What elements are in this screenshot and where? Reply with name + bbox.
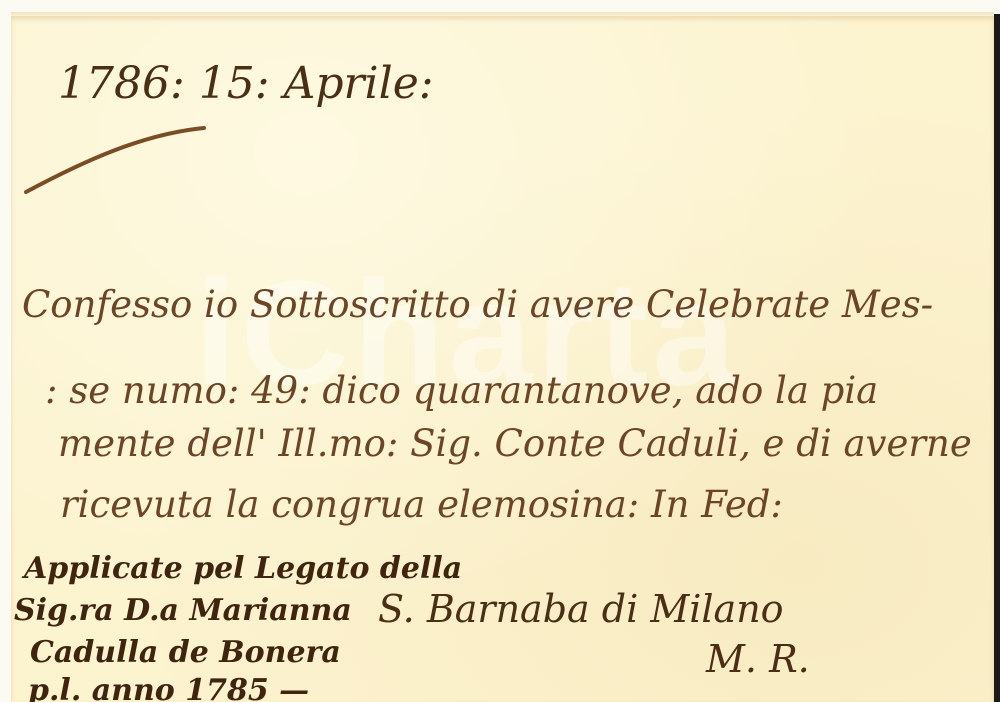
header-date: 1786: 15: Aprile: (58, 62, 434, 106)
marginal-note-line-2: Sig.ra D.a Marianna (14, 596, 352, 626)
marginal-note-line-4: p.l. anno 1785 — (28, 676, 309, 702)
signature-line-2: M. R. (706, 640, 810, 678)
paper-top-edge (11, 12, 994, 18)
document-scan: iCharta 1786: 15: Aprile: Confesso io So… (0, 0, 1000, 702)
marginal-note-line-3: Cadulla de Bonera (30, 638, 341, 668)
marginal-note-line-1: Applicate pel Legato della (24, 554, 462, 584)
body-line-1: Confesso io Sottoscritto di avere Celebr… (22, 286, 933, 323)
signature-line-1: S. Barnaba di Milano (378, 590, 784, 628)
body-line-4: ricevuta la congrua elemosina: In Fed: (60, 486, 783, 523)
date-underline-flourish (22, 122, 207, 197)
body-line-2: : se numo: 49: dico quarantanove, ado la… (45, 372, 878, 409)
scan-border-right (994, 14, 1000, 702)
body-line-3: mente dell' Ill.mo: Sig. Conte Caduli, e… (58, 425, 972, 462)
